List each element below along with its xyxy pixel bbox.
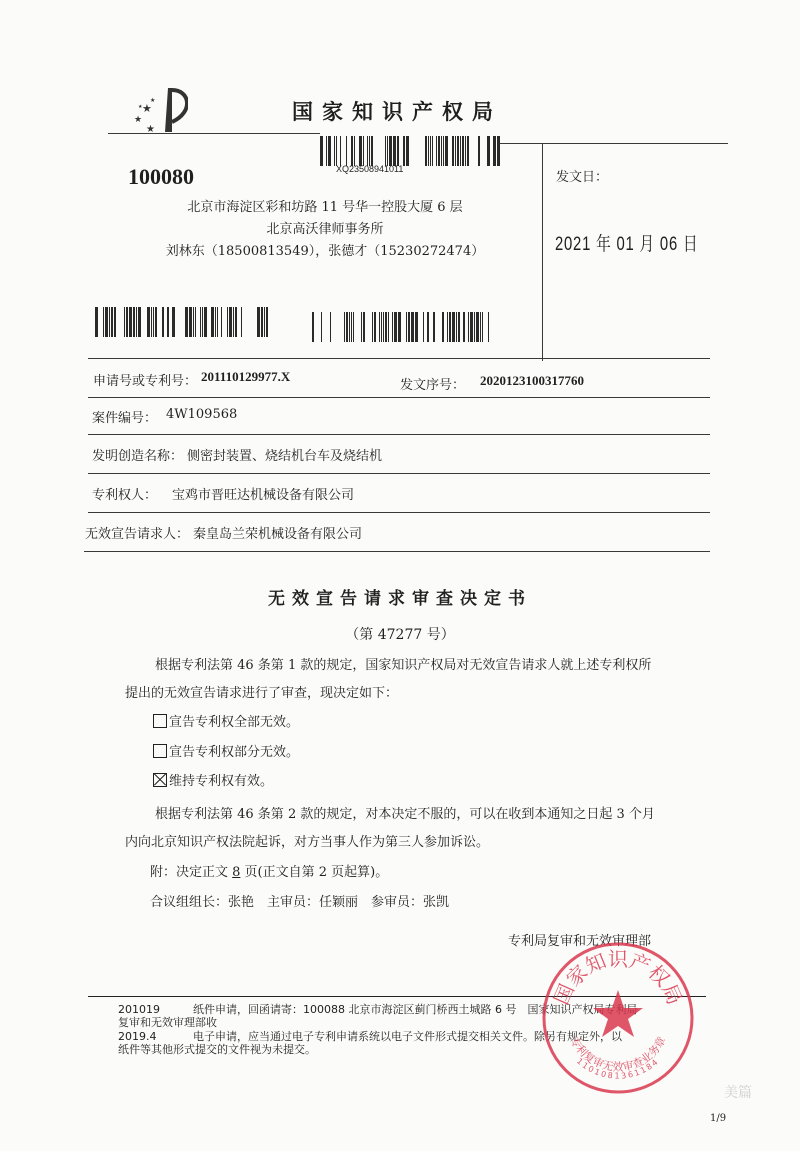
invention-name-label: 发明创造名称： (92, 445, 183, 464)
barcode (320, 136, 500, 166)
patentee: 宝鸡市晋旺达机械设备有限公司 (172, 484, 354, 503)
address-line: 北京高沃律师事务所 (150, 218, 500, 237)
barcode (300, 312, 500, 342)
footer-text: 纸件等其他形式提交的文件视为未提交。 (118, 1043, 316, 1056)
row-divider (88, 512, 710, 513)
application-number: 201110129977.X (201, 369, 290, 385)
row-divider (88, 358, 710, 359)
paragraph-text: 根据专利法第 46 条第 2 款的规定，对本决定不服的，可以在收到本通知之日起 … (155, 801, 655, 829)
decision-option-maintain-valid: 维持专利权有效。 (153, 770, 273, 789)
postcode: 100080 (128, 164, 194, 190)
agency-name: 国家知识产权局 (292, 96, 502, 126)
date-box-divider (542, 143, 543, 361)
serial-number: 2020123100317760 (480, 373, 584, 389)
header-rule (108, 133, 320, 134)
decision-option-invalid-all: 宣告专利权全部无效。 (153, 711, 299, 730)
patentee-label: 专利权人： (92, 484, 157, 503)
row-divider (84, 551, 710, 552)
serial-number-label: 发文序号： (400, 374, 465, 393)
document-title: 无效宣告请求审查决定书 (0, 584, 800, 609)
issue-date: 2021 年 01 月 06 日 (555, 229, 698, 256)
checkbox-checked (153, 773, 167, 787)
row-divider (88, 397, 710, 398)
paragraph-text: 内向北京知识产权法院起诉，对方当事人作为第三人参加诉讼。 (125, 829, 489, 857)
row-divider (88, 434, 710, 435)
option-label: 维持专利权有效。 (169, 770, 273, 789)
watermark: 美篇 (724, 1082, 752, 1102)
case-number: 4W109568 (166, 407, 237, 422)
case-number-label: 案件编号： (92, 407, 157, 426)
paragraph-text: 提出的无效宣告请求进行了审查，现决定如下： (125, 680, 398, 708)
header-rule-right (500, 143, 728, 144)
checkbox-unchecked (153, 714, 167, 728)
application-number-label: 申请号或专利号： (93, 370, 197, 389)
cnipa-logo-icon: ★ ★ ★ ★ ★ (128, 82, 188, 138)
footer-text: 复审和无效审理部收 (118, 1016, 217, 1029)
attachment-note: 附：决定正文 8 页(正文自第 2 页起算)。 (150, 859, 388, 887)
page-number: 1/9 (710, 1113, 726, 1124)
decision-number: （第 47277 号） (0, 624, 800, 644)
barcode (95, 307, 270, 337)
paragraph-text: 根据专利法第 46 条第 1 款的规定，国家知识产权局对无效宣告请求人就上述专利… (155, 652, 651, 680)
footer-code: 2019.4 (118, 1030, 157, 1043)
checkbox-unchecked (153, 744, 167, 758)
barcode-text: XQ23508941011 (336, 164, 403, 174)
svg-text:★: ★ (134, 115, 142, 125)
requester-label: 无效宣告请求人： (85, 523, 189, 542)
official-seal-icon: 国家知识产权局 专利复审无效审查业务章 1101081361184 (538, 938, 698, 1098)
invention-name: 侧密封装置、烧结机台车及烧结机 (187, 445, 382, 464)
date-label: 发文日： (556, 166, 608, 185)
svg-text:★: ★ (150, 97, 155, 104)
svg-text:★: ★ (138, 104, 143, 110)
panel-members: 合议组组长：张艳 主审员：任颖丽 参审员：张凯 (150, 889, 449, 917)
option-label: 宣告专利权全部无效。 (169, 711, 299, 730)
decision-option-invalid-partial: 宣告专利权部分无效。 (153, 741, 299, 760)
address-line: 北京市海淀区彩和坊路 11 号华一控股大厦 6 层 (150, 196, 500, 215)
footer-code: 201019 (118, 1003, 160, 1016)
row-divider (88, 473, 710, 474)
address-line: 刘林东（18500813549），张德才（15230272474） (150, 240, 500, 259)
option-label: 宣告专利权部分无效。 (169, 741, 299, 760)
requester: 秦皇岛兰荣机械设备有限公司 (193, 523, 362, 542)
